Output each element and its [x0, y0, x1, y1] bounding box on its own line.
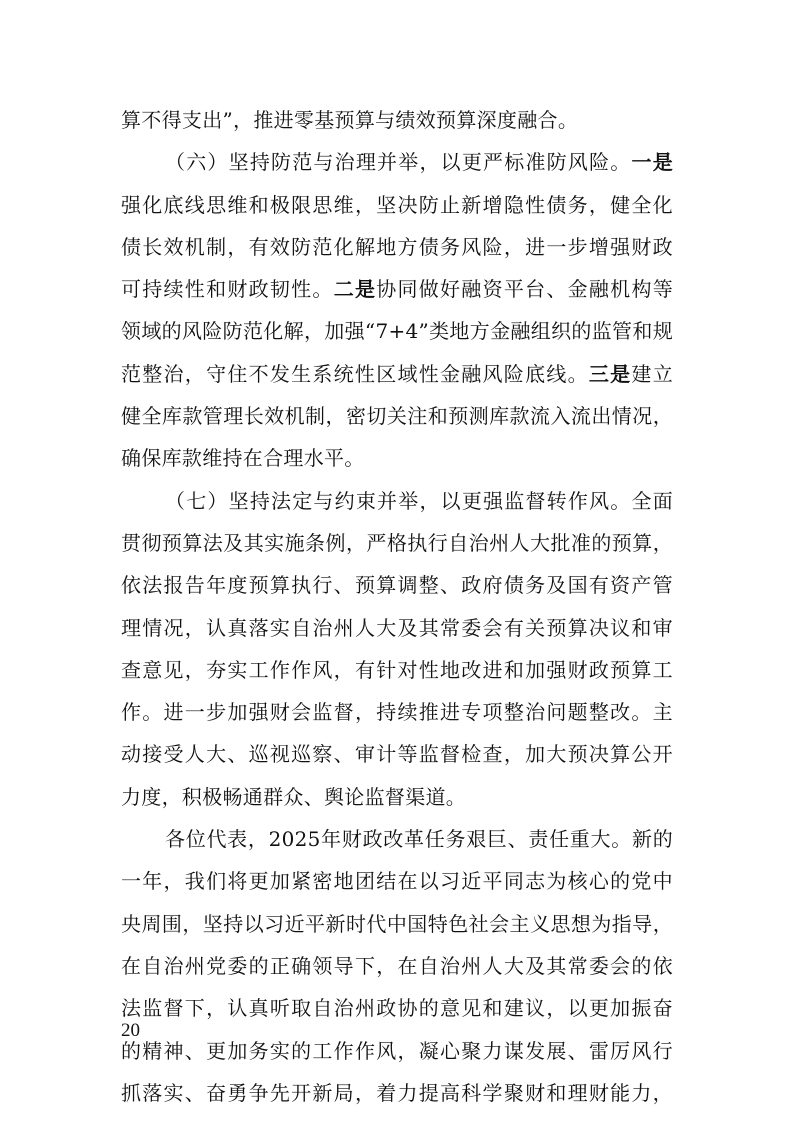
- text-line: 理情况，认真落实自治州人大及其常委会有关预算决议和审: [121, 607, 673, 649]
- text-run: 抓落实、奋勇争先开新局，着力提高科学聚财和理财能力，: [121, 1081, 673, 1105]
- text-line: 各位代表，2025年财政改革任务艰巨、责任重大。新的: [121, 818, 673, 860]
- text-line: 算不得支出”，推进零基预算与绩效预算深度融合。: [121, 99, 673, 141]
- text-line: 法监督下，认真听取自治州政协的意见和建议，以更加振奋: [121, 987, 673, 1029]
- page-number: 20: [121, 1020, 140, 1042]
- text-run: 在自治州党委的正确领导下，在自治州人大及其常委会的依: [121, 954, 673, 978]
- text-run: 可持续性和财政韧性。: [121, 277, 334, 301]
- body-text: 算不得支出”，推进零基预算与绩效预算深度融合。（六）坚持防范与治理并举，以更严标…: [121, 99, 673, 1114]
- text-line: （七）坚持法定与约束并举，以更强监督转作风。全面: [121, 480, 673, 522]
- text-line: 领域的风险防范化解，加强“7+4”类地方金融组织的监管和规: [121, 310, 673, 352]
- text-line: 央周围，坚持以习近平新时代中国特色社会主义思想为指导，: [121, 903, 673, 945]
- text-run: 查意见，夯实工作作风，有针对性地改进和加强财政预算工: [121, 658, 673, 682]
- text-run: 债长效机制，有效防范化解地方债务风险，进一步增强财政: [121, 235, 673, 259]
- bold-lead-phrase: 一是: [631, 150, 673, 174]
- paragraph: 各位代表，2025年财政改革任务艰巨、责任重大。新的一年，我们将更加紧密地团结在…: [121, 818, 673, 1114]
- text-line: 在自治州党委的正确领导下，在自治州人大及其常委会的依: [121, 945, 673, 987]
- text-line: 范整治，守住不发生系统性区域性金融风险底线。三是建立: [121, 353, 673, 395]
- paragraph: （六）坚持防范与治理并举，以更严标准防风险。一是强化底线思维和极限思维，坚决防止…: [121, 141, 673, 479]
- text-line: 一年，我们将更加紧密地团结在以习近平同志为核心的党中: [121, 860, 673, 902]
- document-page: 算不得支出”，推进零基预算与绩效预算深度融合。（六）坚持防范与治理并举，以更严标…: [0, 0, 793, 1122]
- text-run: 一年，我们将更加紧密地团结在以习近平同志为核心的党中: [121, 869, 673, 893]
- text-line: 抓落实、奋勇争先开新局，着力提高科学聚财和理财能力，: [121, 1072, 673, 1114]
- text-run: 理情况，认真落实自治州人大及其常委会有关预算决议和审: [121, 616, 673, 640]
- text-run: 各位代表，2025年财政改革任务艰巨、责任重大。新的: [165, 827, 673, 851]
- text-line: 健全库款管理长效机制，密切关注和预测库款流入流出情况，: [121, 395, 673, 437]
- bold-lead-phrase: 二是: [334, 277, 377, 301]
- text-line: 确保库款维持在合理水平。: [121, 437, 673, 479]
- text-line: （六）坚持防范与治理并举，以更严标准防风险。一是: [121, 141, 673, 183]
- text-run: 依法报告年度预算执行、预算调整、政府债务及国有资产管: [121, 573, 673, 597]
- text-run: 的精神、更加务实的工作作风，凝心聚力谋发展、雷厉风行: [121, 1039, 673, 1063]
- text-run: （七）坚持法定与约束并举，以更强监督转作风。全面: [165, 489, 673, 513]
- text-line: 依法报告年度预算执行、预算调整、政府债务及国有资产管: [121, 564, 673, 606]
- text-run: 健全库款管理长效机制，密切关注和预测库款流入流出情况，: [121, 404, 673, 428]
- text-run: 作。进一步加强财会监督，持续推进专项整治问题整改。主: [121, 700, 673, 724]
- text-line: 动接受人大、巡视巡察、审计等监督检查，加大预决算公开: [121, 733, 673, 775]
- text-line: 的精神、更加务实的工作作风，凝心聚力谋发展、雷厉风行: [121, 1030, 673, 1072]
- text-line: 贯彻预算法及其实施条例，严格执行自治州人大批准的预算，: [121, 522, 673, 564]
- text-run: （六）坚持防范与治理并举，以更严标准防风险。: [165, 150, 631, 174]
- text-run: 领域的风险防范化解，加强“7+4”类地方金融组织的监管和规: [121, 319, 673, 343]
- text-run: 建立: [631, 362, 673, 386]
- text-run: 确保库款维持在合理水平。: [121, 446, 365, 470]
- bold-lead-phrase: 三是: [589, 362, 632, 386]
- text-line: 债长效机制，有效防范化解地方债务风险，进一步增强财政: [121, 226, 673, 268]
- text-run: 动接受人大、巡视巡察、审计等监督检查，加大预决算公开: [121, 742, 673, 766]
- text-run: 算不得支出”，推进零基预算与绩效预算深度融合。: [121, 108, 578, 132]
- text-run: 法监督下，认真听取自治州政协的意见和建议，以更加振奋: [121, 996, 673, 1020]
- text-run: 协同做好融资平台、金融机构等: [376, 277, 673, 301]
- text-run: 范整治，守住不发生系统性区域性金融风险底线。: [121, 362, 589, 386]
- text-line: 力度，积极畅通群众、舆论监督渠道。: [121, 776, 673, 818]
- text-line: 强化底线思维和极限思维，坚决防止新增隐性债务，健全化: [121, 184, 673, 226]
- text-run: 力度，积极畅通群众、舆论监督渠道。: [121, 785, 466, 809]
- text-run: 央周围，坚持以习近平新时代中国特色社会主义思想为指导，: [121, 912, 673, 936]
- text-run: 强化底线思维和极限思维，坚决防止新增隐性债务，健全化: [121, 193, 673, 217]
- text-line: 作。进一步加强财会监督，持续推进专项整治问题整改。主: [121, 691, 673, 733]
- paragraph: （七）坚持法定与约束并举，以更强监督转作风。全面贯彻预算法及其实施条例，严格执行…: [121, 480, 673, 818]
- text-line: 查意见，夯实工作作风，有针对性地改进和加强财政预算工: [121, 649, 673, 691]
- text-line: 可持续性和财政韧性。二是协同做好融资平台、金融机构等: [121, 268, 673, 310]
- text-run: 贯彻预算法及其实施条例，严格执行自治州人大批准的预算，: [121, 531, 673, 555]
- paragraph: 算不得支出”，推进零基预算与绩效预算深度融合。: [121, 99, 673, 141]
